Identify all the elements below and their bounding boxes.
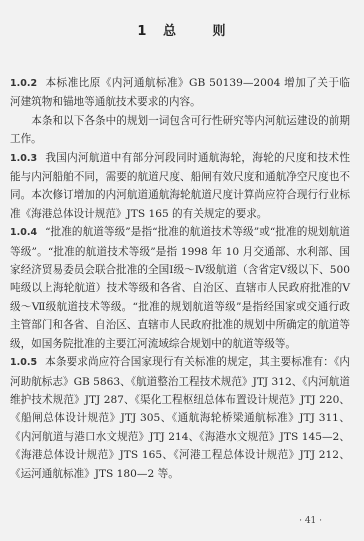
clause-number: 1.0.2 <box>10 78 37 89</box>
clause-text: 我国内河航道中有部分河段同时通航海轮，海轮的尺度和技术性能与内河船舶不同，需要的… <box>10 152 350 220</box>
clause-number: 1.0.3 <box>10 153 37 164</box>
chapter-title-char-2: 则 <box>213 24 227 39</box>
chapter-title: 1 总 则 <box>0 20 364 39</box>
chapter-title-char-1: 总 <box>163 24 177 39</box>
document-page: 1 总 则 1.0.2本标准比原《内河通航标准》GB 50139—2004 增加… <box>0 0 364 541</box>
clause-text: “批准的航道等级”是指“批准的航道技术等级”或“批准的规划航道等级”。“批准的航… <box>10 226 350 349</box>
chapter-number: 1 <box>137 24 147 39</box>
clause-number: 1.0.4 <box>10 227 37 238</box>
clause-text: 本标准比原《内河通航标准》GB 50139—2004 增加了关于临河建筑物和锚地… <box>10 77 350 108</box>
clause-number: 1.0.5 <box>10 357 37 368</box>
clause-text: 本条和以下各条中的规划一词包含可行性研究等内河航运建设的前期工作。 <box>10 115 350 145</box>
clause-1-0-5: 1.0.5本条要求尚应符合国家现行有关标准的规定，其主要标准有：《内河助航标志》… <box>10 353 350 483</box>
clause-text: 本条要求尚应符合国家现行有关标准的规定，其主要标准有：《内河助航标志》GB 58… <box>10 356 350 479</box>
clause-1-0-3: 1.0.3我国内河航道中有部分河段同时通航海轮，海轮的尺度和技术性能与内河船舶不… <box>10 149 350 224</box>
page-number: · 41 · <box>299 516 322 526</box>
body-text: 1.0.2本标准比原《内河通航标准》GB 50139—2004 增加了关于临河建… <box>10 74 350 483</box>
clause-1-0-2: 1.0.2本标准比原《内河通航标准》GB 50139—2004 增加了关于临河建… <box>10 74 350 112</box>
clause-1-0-2-note: 本条和以下各条中的规划一词包含可行性研究等内河航运建设的前期工作。 <box>10 112 350 149</box>
clause-1-0-4: 1.0.4“批准的航道等级”是指“批准的航道技术等级”或“批准的规划航道等级”。… <box>10 223 350 353</box>
